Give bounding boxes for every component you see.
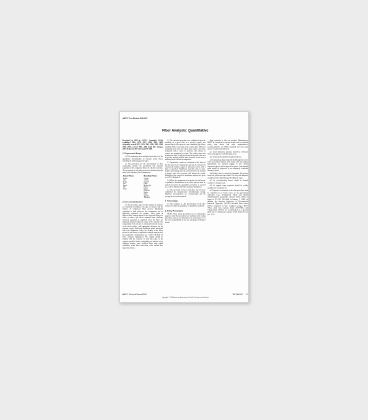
paragraph: 4.1 Good laboratory practices should be … bbox=[208, 151, 249, 155]
section-heading: 1. Purpose and Scope bbox=[123, 152, 164, 154]
section-heading: 3. Terminology bbox=[165, 200, 206, 202]
doc-footer: AATCC Technical Manual/2008 TM 20A-2007 … bbox=[123, 294, 249, 296]
paragraph: 4.7 Exposure to chemicals used in this p… bbox=[208, 190, 249, 216]
footer-manual-label: AATCC Technical Manual/2008 bbox=[123, 294, 147, 296]
column-left: Developed in 1959 by AATCC Committee RA2… bbox=[123, 140, 164, 293]
paragraph: 1.1 This method presents analytical proc… bbox=[123, 156, 164, 162]
paragraph: NOTE: These safety precautions are for i… bbox=[165, 213, 206, 224]
footer-method-ref: TM 20A-2007 57 bbox=[230, 294, 248, 296]
paragraph: 2.5 The precision of these procedures ha… bbox=[165, 189, 206, 198]
paragraph: 4.5 An eyewash/safety shower should be l… bbox=[208, 180, 249, 184]
paragraph: dling materials in this test method. Man… bbox=[208, 140, 249, 151]
paragraph: 4.4 Diethyl ether is extremely flammable… bbox=[208, 173, 249, 179]
paragraph: 2.4 Where the components of a mixture ar… bbox=[165, 180, 206, 189]
fiber-table-item: Triacetate bbox=[144, 197, 163, 199]
paragraph: Developed in 1959 by AATCC Committee RA2… bbox=[123, 140, 164, 151]
viewer-background: AATCC Test Method 20A-2007 Fiber Analysi… bbox=[0, 0, 368, 420]
text-columns: Developed in 1959 by AATCC Committee RA2… bbox=[123, 140, 249, 293]
paragraph: 4.6 An organic vapor respirator should b… bbox=[208, 185, 249, 189]
paragraph: 1.2 The procedures for the determination… bbox=[123, 163, 164, 174]
paragraph: 2.1 The procedures given for the analysi… bbox=[123, 204, 164, 249]
fiber-table-item: Wool bbox=[123, 188, 142, 190]
copyright-line: Copyright © 2007 American Association of… bbox=[123, 297, 249, 299]
section-heading: 2. Uses and Limitations bbox=[123, 200, 164, 202]
paragraph: 4.3 In preparing, dispensing and handlin… bbox=[208, 159, 249, 172]
footer-method-number: TM 20A-2007 bbox=[232, 294, 243, 296]
doc-header: AATCC Test Method 20A-2007 bbox=[123, 118, 249, 120]
column-right: dling materials in this test method. Man… bbox=[208, 140, 249, 293]
paragraph: 4.2 All chemicals should be handled with… bbox=[208, 156, 249, 158]
document-page: AATCC Test Method 20A-2007 Fiber Analysi… bbox=[119, 111, 249, 303]
section-heading: 4. Safety Precautions bbox=[165, 209, 206, 211]
fiber-table-column: Natural FibersCottonFlaxHempJuteRamieSil… bbox=[123, 175, 142, 199]
paragraph: 2.3 Quantitative results are calculated … bbox=[165, 162, 206, 179]
fiber-types-table: Natural FibersCottonFlaxHempJuteRamieSil… bbox=[123, 175, 163, 199]
fiber-table-column: Man-Made FibersAcetateAcrylicAramidGlass… bbox=[144, 175, 163, 199]
paragraph: 2.2 The chemical procedures are conditio… bbox=[165, 140, 206, 161]
column-middle: 2.2 The chemical procedures are conditio… bbox=[165, 140, 206, 293]
doc-title: Fiber Analysis: Quantitative bbox=[123, 128, 249, 132]
page-content: AATCC Test Method 20A-2007 Fiber Analysi… bbox=[120, 112, 249, 303]
paragraph: 3.1 fiber analysis, n.—the determination… bbox=[165, 203, 206, 207]
doc-header-text: AATCC Test Method 20A-2007 bbox=[123, 118, 148, 120]
footer-page-number: 57 bbox=[246, 294, 248, 296]
